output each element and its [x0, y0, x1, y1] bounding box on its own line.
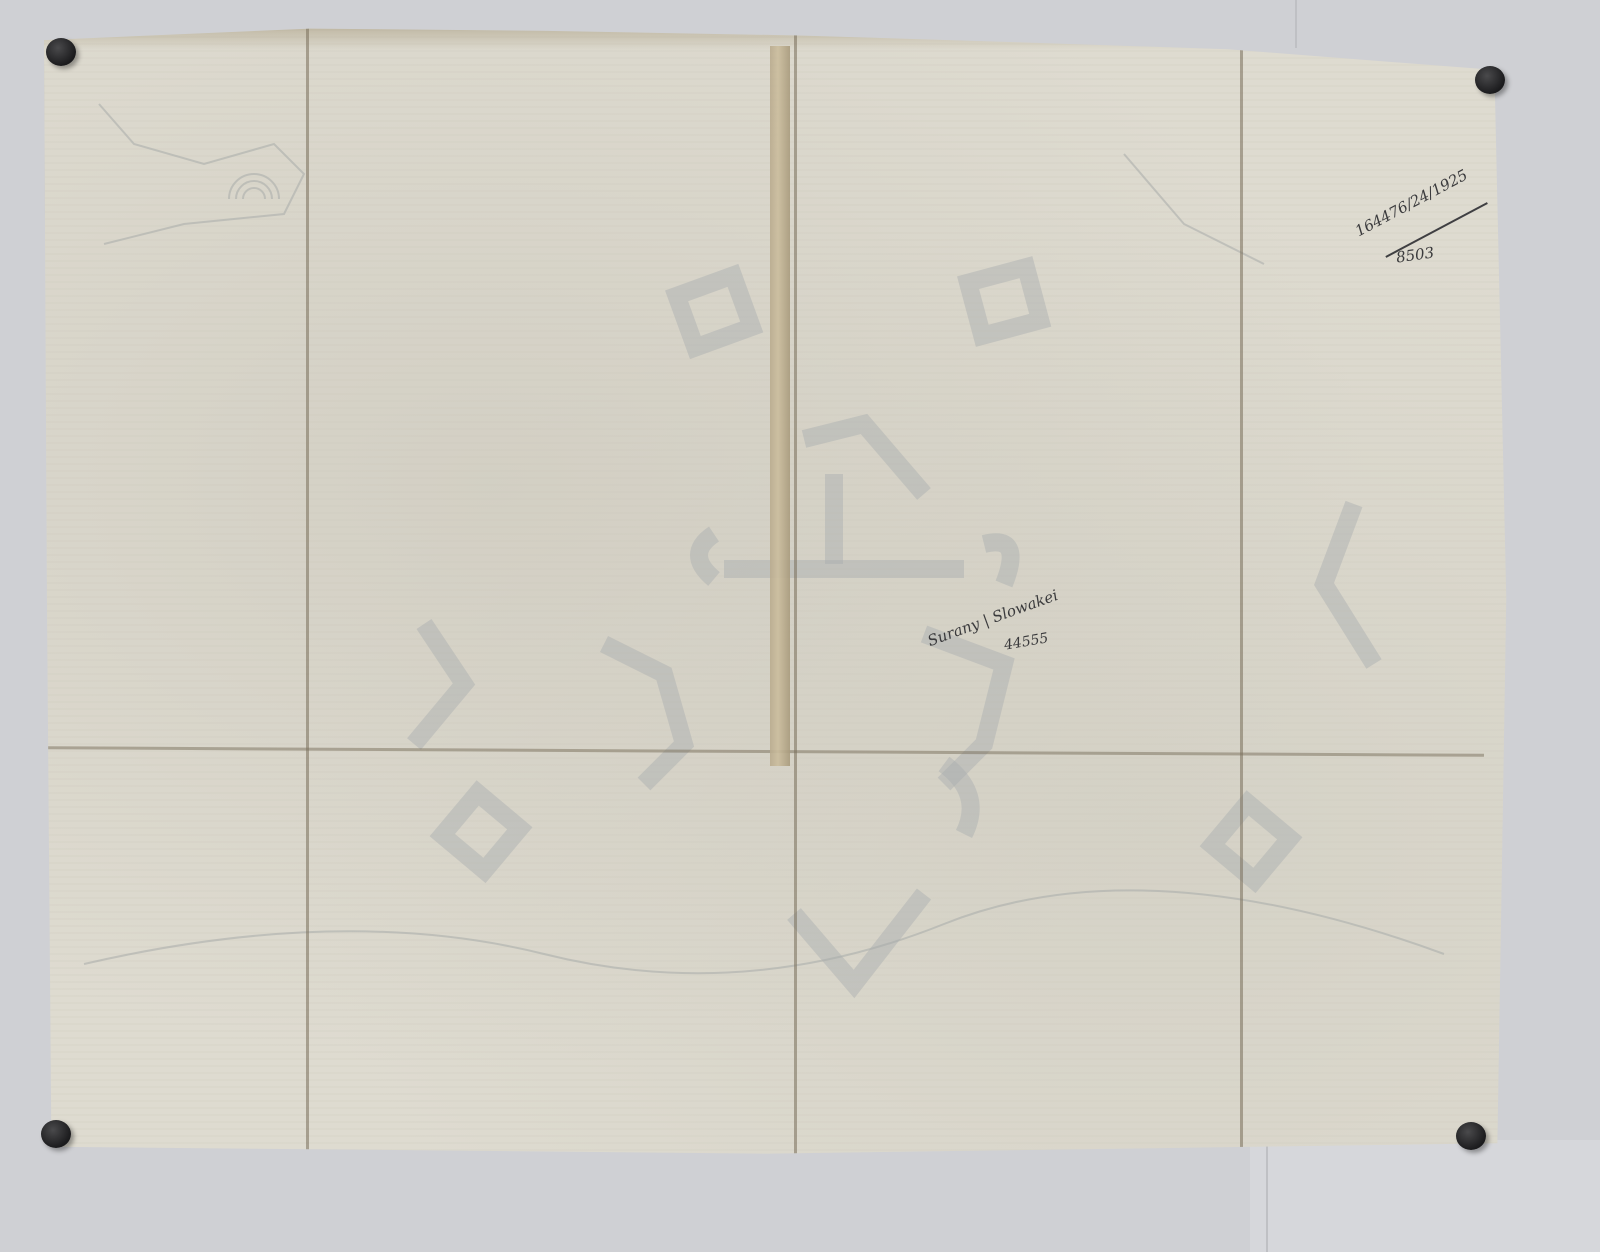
magnet-top-left	[46, 38, 76, 66]
magnet-bottom-right	[1456, 1122, 1486, 1150]
fold-line-vertical-left	[306, 24, 309, 1154]
backing-board-right	[1250, 1140, 1600, 1252]
backing-board-seam	[1266, 1140, 1268, 1252]
fold-line-vertical-right	[1240, 44, 1243, 1154]
magnet-bottom-left	[41, 1120, 71, 1148]
repair-tape-strip	[770, 46, 790, 766]
fold-line-vertical-center	[794, 34, 797, 1154]
backing-board-seam-top	[1295, 0, 1297, 48]
separator: |	[980, 611, 991, 630]
map-sheet-verso: Surany | Slowakei 44555 164476/24/1925 8…	[44, 24, 1524, 1172]
magnet-top-right	[1475, 66, 1505, 94]
